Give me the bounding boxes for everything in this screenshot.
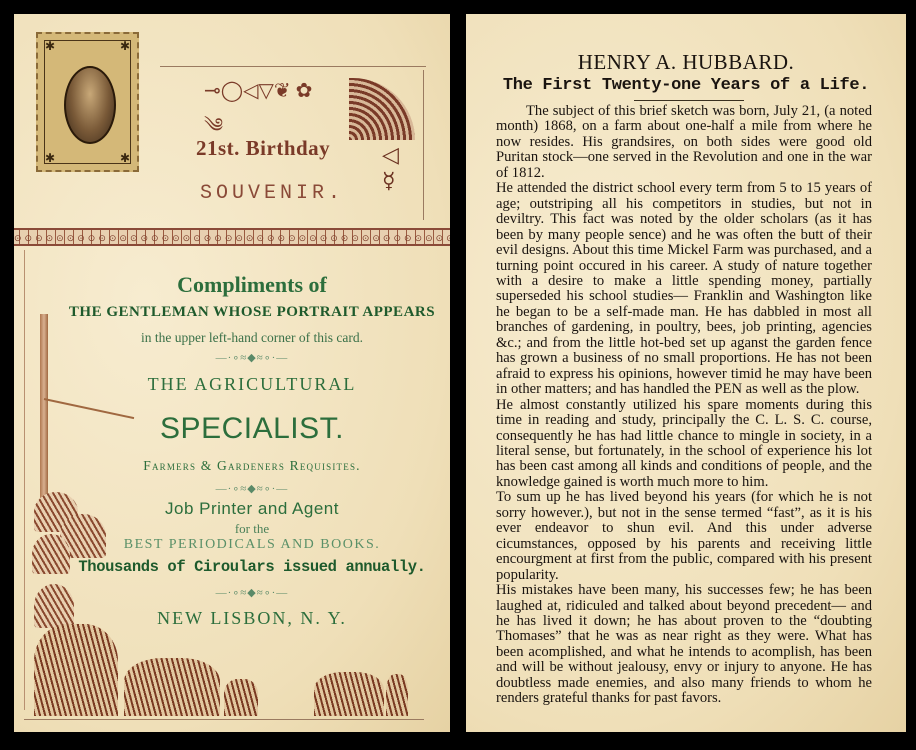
souvenir-label: SOUVENIR. <box>200 182 344 205</box>
farmers-requisites: Farmers & Gardeners Requisites. <box>54 458 450 474</box>
job-printer-line: Job Printer and Agent <box>54 499 450 519</box>
triangle-ornament-icon: ◁☿ <box>382 142 399 194</box>
biography-card-back: HENRY A. HUBBARD. The First Twenty-one Y… <box>466 14 906 732</box>
specialist-heading: SPECIALIST. <box>54 412 450 446</box>
upper-left-note: in the upper left-hand corner of this ca… <box>54 330 450 346</box>
paragraph: He attended the district school every te… <box>496 181 872 397</box>
left-rule <box>24 250 25 710</box>
paragraph: The subject of this brief sketch was bor… <box>496 104 872 181</box>
circulars-line: Thousands of Ciroulars issued annually. <box>54 558 450 576</box>
right-rule <box>423 70 424 220</box>
top-rule <box>160 66 426 67</box>
paragraph: He almost constantly utilized his spare … <box>496 398 872 491</box>
biography-subtitle: The First Twenty-one Years of a Life. <box>466 76 906 95</box>
pond-scene-illustration <box>314 672 384 716</box>
ornament-icon: ✱ <box>44 152 56 164</box>
compliments-heading: Compliments of <box>54 272 450 298</box>
scroll-ornament-icon: ⊸◯◁▽❦ ✿ ༄ <box>204 78 334 108</box>
souvenir-card-front: ✱ ✱ ✱ ✱ ⊸◯◁▽❦ ✿ ༄ ◁☿ 21st. Birthday SOUV… <box>14 14 450 732</box>
portrait-stamp: ✱ ✱ ✱ ✱ <box>36 32 139 172</box>
agricultural-heading: THE AGRICULTURAL <box>54 374 450 395</box>
for-the-line: for the <box>54 521 450 537</box>
divider-ornament: —·∘≈◆≈∘·— <box>54 351 450 364</box>
portrait-photo <box>64 66 116 144</box>
paragraph: His mistakes have been many, his success… <box>496 583 872 707</box>
bamboo-illustration <box>40 314 48 514</box>
small-plant-illustration <box>224 679 258 716</box>
location-line: NEW LISBON, N. Y. <box>54 608 450 629</box>
paragraph: To sum up he has lived beyond his years … <box>496 490 872 583</box>
periodicals-line: BEST PERIODICALS AND BOOKS. <box>54 537 450 553</box>
bird-on-fan-plant-illustration <box>124 658 220 716</box>
birthday-label: 21st. Birthday <box>196 136 330 161</box>
fern-cluster-illustration <box>34 624 118 716</box>
divider-ornament: —·∘≈◆≈∘·— <box>54 586 450 599</box>
fan-corner-ornament-icon <box>349 78 415 140</box>
biography-title: HENRY A. HUBBARD. <box>466 50 906 75</box>
ornament-icon: ✱ <box>119 152 131 164</box>
subtitle-underline <box>634 100 744 101</box>
band-dots: ⊙⊙⊙⊙⊙⊙⊙⊙⊙⊙⊙⊙⊙⊙⊙⊙⊙⊙⊙⊙⊙⊙⊙⊙⊙⊙⊙⊙⊙⊙⊙⊙⊙⊙⊙⊙⊙⊙⊙⊙… <box>14 233 450 244</box>
divider-ornament: —·∘≈◆≈∘·— <box>54 482 450 495</box>
ornament-icon: ✱ <box>44 40 56 52</box>
gentleman-line: THE GENTLEMAN WHOSE PORTRAIT APPEARS <box>54 304 450 321</box>
biography-body: The subject of this brief sketch was bor… <box>496 104 872 707</box>
ornament-icon: ✱ <box>119 40 131 52</box>
bottom-rule <box>24 719 424 720</box>
decorative-band: ⊙⊙⊙⊙⊙⊙⊙⊙⊙⊙⊙⊙⊙⊙⊙⊙⊙⊙⊙⊙⊙⊙⊙⊙⊙⊙⊙⊙⊙⊙⊙⊙⊙⊙⊙⊙⊙⊙⊙⊙… <box>14 228 450 246</box>
shrub-illustration <box>386 674 408 716</box>
